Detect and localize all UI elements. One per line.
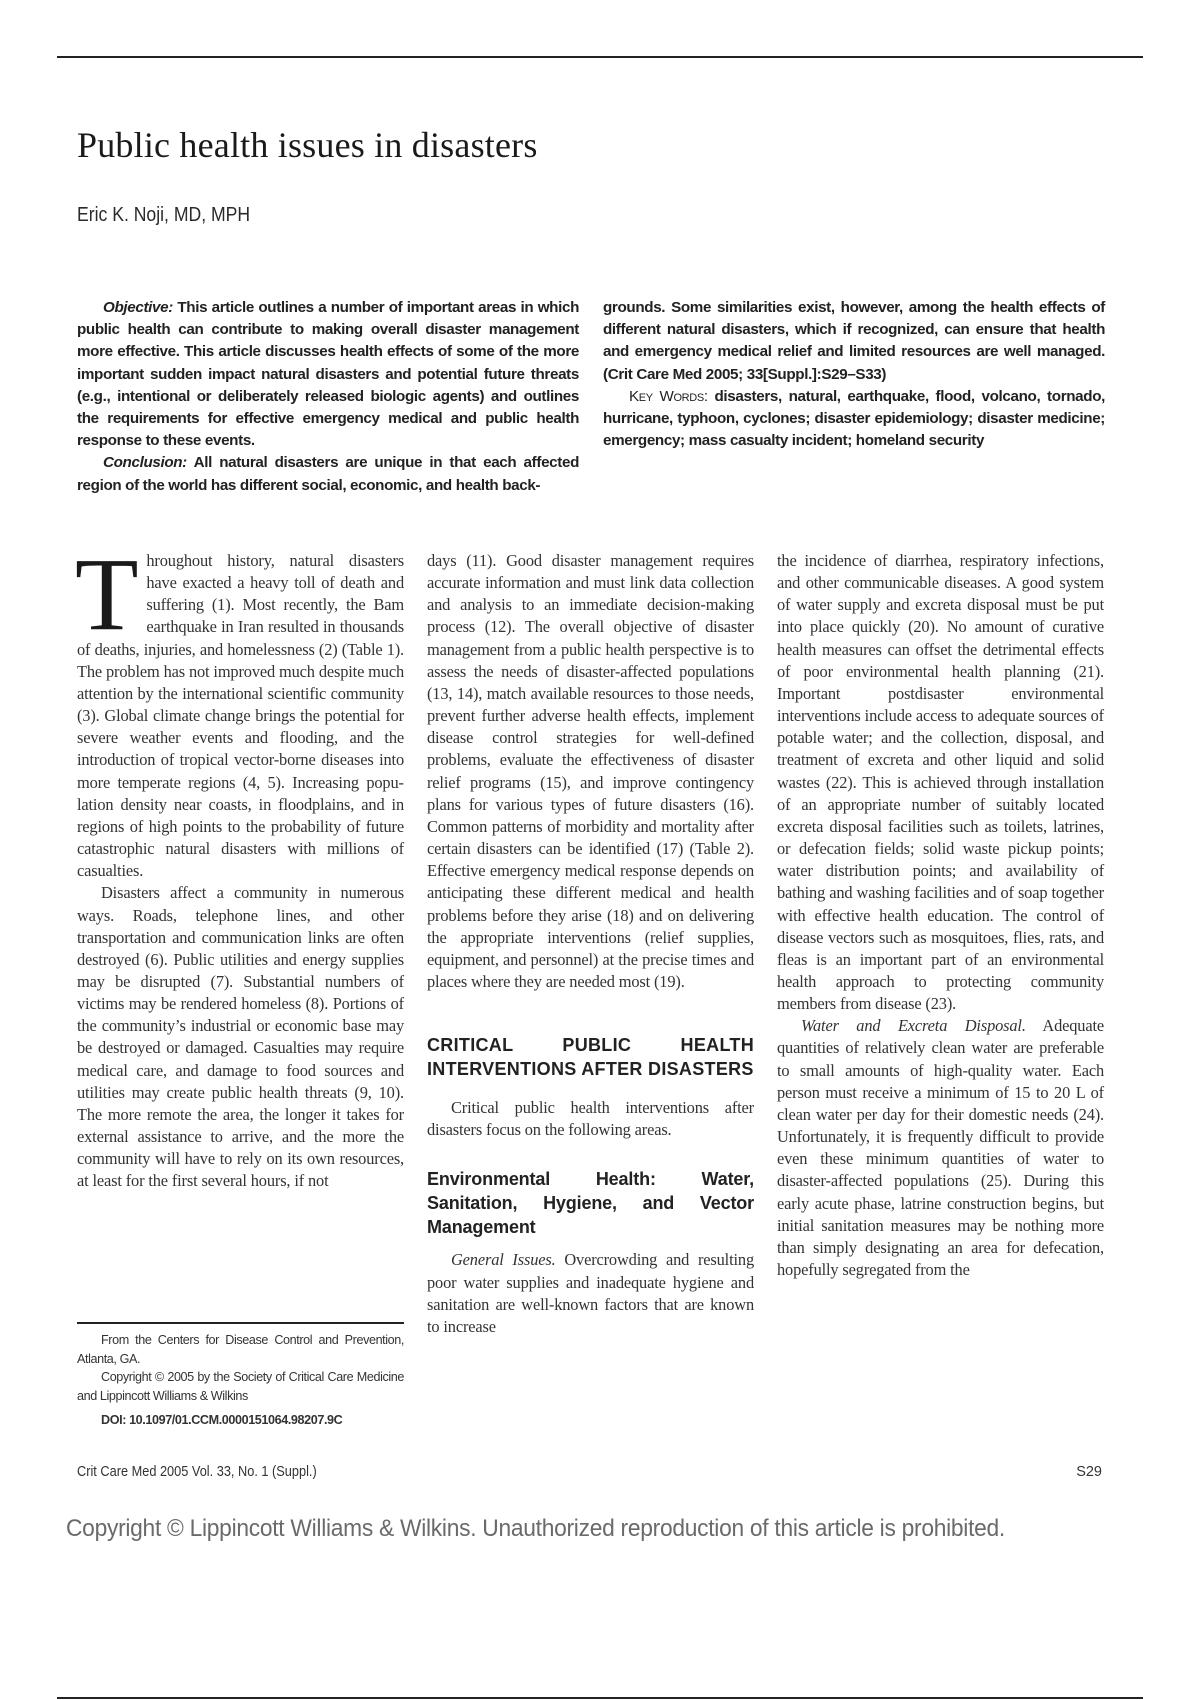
article-author: Eric K. Noji, MD, MPH: [77, 204, 250, 227]
keywords-label: Key Words:: [629, 388, 708, 405]
objective-text: This article outlines a number of import…: [77, 299, 579, 449]
subsection-heading: Environmental Health: Water, Sanitation,…: [427, 1167, 754, 1239]
abstract-keywords: Key Words: disasters, natural, earthquak…: [603, 386, 1105, 453]
top-rule: [57, 56, 1143, 58]
section-heading: CRITICAL PUBLIC HEALTH INTERVENTIONS AFT…: [427, 1033, 754, 1081]
paragraph-text: Adequate quantities of relatively clean …: [777, 1016, 1104, 1279]
footnote-doi: DOI: 10.1097/01.CCM.0000151064.98207.9C: [77, 1411, 404, 1430]
body-paragraph: General Issues. Overcrowding and re­sult…: [427, 1249, 754, 1338]
journal-citation: Crit Care Med 2005 Vol. 33, No. 1 (Suppl…: [77, 1464, 317, 1480]
footnote: From the Centers for Disease Control and…: [77, 1331, 404, 1430]
objective-label: Objective:: [103, 299, 173, 316]
run-in-heading: General Issues.: [451, 1250, 556, 1269]
abstract-right-column: grounds. Some similarities exist, howeve…: [603, 297, 1105, 452]
page-number: S29: [1076, 1464, 1102, 1480]
abstract-left-column: Objective: This article outlines a numbe…: [77, 297, 579, 497]
run-in-heading: Water and Excreta Disposal.: [801, 1016, 1026, 1035]
body-column-3: the incidence of diarrhea, respiratory i…: [777, 550, 1104, 1281]
drop-cap: T: [75, 554, 138, 636]
bottom-rule: [57, 1697, 1143, 1699]
article-title: Public health issues in disasters: [77, 124, 538, 166]
body-column-2: days (11). Good disaster management re­q…: [427, 550, 754, 1338]
body-paragraph: Critical public health interventions af­…: [427, 1097, 754, 1141]
body-column-1: Throughout history, natural di­sasters h…: [77, 550, 404, 1193]
copyright-banner: Copyright © Lippincott Williams & Wilkin…: [66, 1515, 1005, 1543]
conclusion-label: Conclusion:: [103, 454, 187, 471]
abstract-conclusion: Conclusion: All natural disasters are un…: [77, 452, 579, 496]
abstract-conclusion-continued: grounds. Some similarities exist, howeve…: [603, 297, 1105, 386]
abstract-objective: Objective: This article outlines a numbe…: [77, 297, 579, 452]
footnote-copyright: Copyright © 2005 by the Society of Criti…: [77, 1368, 404, 1405]
footnote-rule: [77, 1322, 404, 1324]
body-paragraph: Disasters affect a community in numer­ou…: [77, 882, 404, 1192]
body-paragraph: days (11). Good disaster management re­q…: [427, 550, 754, 993]
body-paragraph: Throughout history, natural di­sasters h…: [77, 550, 404, 882]
footnote-affiliation: From the Centers for Disease Control and…: [77, 1331, 404, 1368]
body-paragraph: the incidence of diarrhea, respiratory i…: [777, 550, 1104, 1015]
body-paragraph: Water and Excreta Disposal. Adequate qua…: [777, 1015, 1104, 1281]
